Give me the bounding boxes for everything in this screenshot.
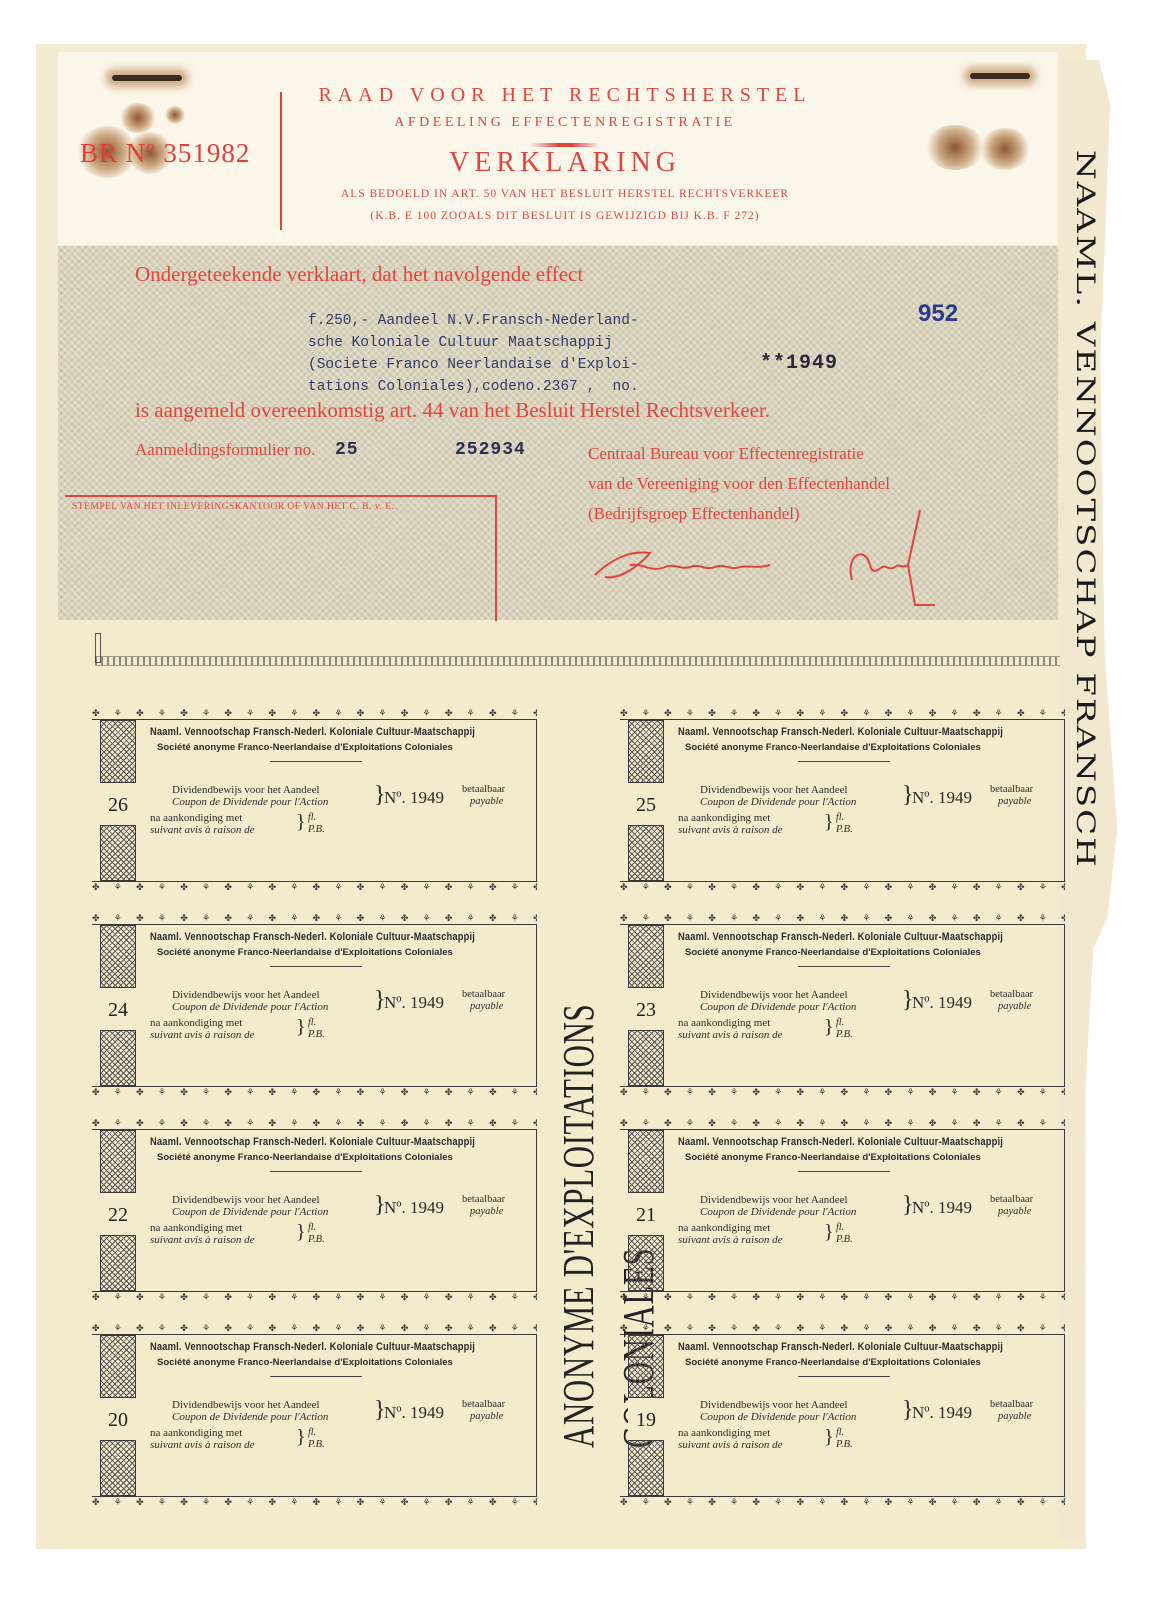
coupon-payable-fr: payable (998, 1411, 1031, 1422)
coupon-pb: P.B. (308, 824, 325, 835)
coupon-share-number: Nº. 1949 (912, 1403, 972, 1423)
coupon-border-bottom: ✤ ⚘ ✤ ⚘ ✤ ⚘ ✤ ⚘ ✤ ⚘ ✤ ⚘ ✤ ⚘ ✤ ⚘ ✤ ⚘ ✤ ⚘ … (92, 881, 537, 893)
coupon-share-number: Nº. 1949 (912, 993, 972, 1013)
stamp-box-label: STEMPEL VAN HET INLEVERINGSKANTOOR OF VA… (72, 502, 394, 512)
coupon-line-nl: Dividendbewijs voor het Aandeel (700, 1399, 848, 1411)
coupon-notice-nl: na aankondiging met (678, 812, 770, 824)
coupon-payable-nl: betaalbaar (990, 1399, 1033, 1410)
declaration-intro: Ondergeteekende verklaart, dat het navol… (135, 262, 583, 287)
coupon-notice-fr: suivant avis à raison de (678, 1234, 783, 1246)
brace-icon: } (296, 811, 306, 834)
coupon-border-bottom: ✤ ⚘ ✤ ⚘ ✤ ⚘ ✤ ⚘ ✤ ⚘ ✤ ⚘ ✤ ⚘ ✤ ⚘ ✤ ⚘ ✤ ⚘ … (92, 1496, 537, 1508)
coupon-notice-fr: suivant avis à raison de (678, 1439, 783, 1451)
coupon-border-top: ✤ ⚘ ✤ ⚘ ✤ ⚘ ✤ ⚘ ✤ ⚘ ✤ ⚘ ✤ ⚘ ✤ ⚘ ✤ ⚘ ✤ ⚘ … (620, 913, 1065, 925)
coupon-border-top: ✤ ⚘ ✤ ⚘ ✤ ⚘ ✤ ⚘ ✤ ⚘ ✤ ⚘ ✤ ⚘ ✤ ⚘ ✤ ⚘ ✤ ⚘ … (92, 1118, 537, 1130)
center-vertical-title: ANONYME D'EXPLOITATIONS COLONIALES (549, 700, 609, 1580)
decorative-border (95, 656, 1060, 666)
coupon-line-nl: Dividendbewijs voor het Aandeel (172, 784, 320, 796)
coupon-rule (270, 1171, 362, 1172)
coupon-rule (798, 966, 890, 967)
blue-stamp-number: 952 (918, 300, 958, 328)
coupon-number: 23 (628, 987, 664, 1031)
document-title: VERKLARING (285, 147, 845, 179)
header-org: RAAD VOOR HET RECHTSHERSTEL (285, 84, 845, 107)
coupon-title: Naaml. Vennootschap Fransch-Nederl. Kolo… (150, 1341, 475, 1353)
coupon-payable-nl: betaalbaar (990, 1194, 1033, 1205)
coupon-payable-nl: betaalbaar (462, 1399, 505, 1410)
coupon-pb: P.B. (836, 1029, 853, 1040)
coupon-pb: P.B. (836, 1439, 853, 1450)
coupon-notice-nl: na aankondiging met (150, 812, 242, 824)
coupon-line-nl: Dividendbewijs voor het Aandeel (172, 989, 320, 1001)
brace-icon: } (824, 1221, 834, 1244)
coupon-payable-fr: payable (470, 1411, 503, 1422)
coupon-currency: fl. (308, 1427, 316, 1438)
coupon-border-right (1064, 1335, 1065, 1496)
form-prefix: 25 (335, 440, 359, 460)
coupon-subtitle: Société anonyme Franco-Neerlandaise d'Ex… (157, 1152, 453, 1163)
coupon-share-number: Nº. 1949 (384, 1198, 444, 1218)
coupon-title: Naaml. Vennootschap Fransch-Nederl. Kolo… (678, 726, 1003, 738)
coupon-rule (270, 1376, 362, 1377)
coupon-border-top: ✤ ⚘ ✤ ⚘ ✤ ⚘ ✤ ⚘ ✤ ⚘ ✤ ⚘ ✤ ⚘ ✤ ⚘ ✤ ⚘ ✤ ⚘ … (620, 1323, 1065, 1335)
coupon-border-top: ✤ ⚘ ✤ ⚘ ✤ ⚘ ✤ ⚘ ✤ ⚘ ✤ ⚘ ✤ ⚘ ✤ ⚘ ✤ ⚘ ✤ ⚘ … (92, 1323, 537, 1335)
bureau-line-2: van de Vereeniging voor den Effectenhand… (588, 474, 890, 494)
rust-stain (925, 125, 985, 170)
coupon-notice-fr: suivant avis à raison de (150, 824, 255, 836)
share-number: **1949 (760, 352, 838, 375)
coupon-subtitle: Société anonyme Franco-Neerlandaise d'Ex… (685, 1152, 981, 1163)
coupon-pb: P.B. (836, 1234, 853, 1245)
coupon-notice-nl: na aankondiging met (678, 1427, 770, 1439)
coupon-border-right (1064, 720, 1065, 881)
header-department: AFDEELING EFFECTENREGISTRATIE (285, 115, 845, 131)
registered-statement: is aangemeld overeenkomstig art. 44 van … (135, 398, 770, 423)
coupon-pb: P.B. (308, 1029, 325, 1040)
coupon-20: ✤ ⚘ ✤ ⚘ ✤ ⚘ ✤ ⚘ ✤ ⚘ ✤ ⚘ ✤ ⚘ ✤ ⚘ ✤ ⚘ ✤ ⚘ … (92, 1323, 537, 1508)
coupon-border-top: ✤ ⚘ ✤ ⚘ ✤ ⚘ ✤ ⚘ ✤ ⚘ ✤ ⚘ ✤ ⚘ ✤ ⚘ ✤ ⚘ ✤ ⚘ … (620, 1118, 1065, 1130)
coupon-currency: fl. (836, 1017, 844, 1028)
typed-line: tations Coloniales),codeno.2367 , no. (308, 376, 639, 398)
coupon-border-right (536, 925, 537, 1086)
form-number: 252934 (455, 440, 526, 460)
coupon-line-nl: Dividendbewijs voor het Aandeel (172, 1194, 320, 1206)
coupon-line-nl: Dividendbewijs voor het Aandeel (172, 1399, 320, 1411)
header-subtitle-2: (K.B. E 100 ZOOALS DIT BESLUIT IS GEWIJZ… (285, 210, 845, 222)
coupon-border-bottom: ✤ ⚘ ✤ ⚘ ✤ ⚘ ✤ ⚘ ✤ ⚘ ✤ ⚘ ✤ ⚘ ✤ ⚘ ✤ ⚘ ✤ ⚘ … (92, 1291, 537, 1303)
coupon-notice-nl: na aankondiging met (150, 1427, 242, 1439)
coupon-rule (798, 1376, 890, 1377)
coupon-21: ✤ ⚘ ✤ ⚘ ✤ ⚘ ✤ ⚘ ✤ ⚘ ✤ ⚘ ✤ ⚘ ✤ ⚘ ✤ ⚘ ✤ ⚘ … (620, 1118, 1065, 1303)
rust-stain (165, 106, 185, 124)
coupon-payable-fr: payable (998, 1001, 1031, 1012)
bureau-line-1: Centraal Bureau voor Effectenregistratie (588, 444, 864, 464)
coupon-pb: P.B. (836, 824, 853, 835)
coupon-notice-nl: na aankondiging met (678, 1222, 770, 1234)
coupon-number: 21 (628, 1192, 664, 1236)
serial-number: BR Nº 351982 (80, 138, 250, 169)
coupon-share-number: Nº. 1949 (384, 1403, 444, 1423)
coupon-border-right (1064, 925, 1065, 1086)
coupon-rule (798, 1171, 890, 1172)
coupon-line-fr: Coupon de Dividende pour l'Action (172, 1206, 328, 1218)
typed-share-description: f.250,- Aandeel N.V.Fransch-Nederland-sc… (308, 310, 639, 398)
coupon-payable-nl: betaalbaar (462, 1194, 505, 1205)
right-strip-text: NAAML. VENNOOTSCHAP FRANSCH (1070, 150, 1100, 1150)
coupon-title: Naaml. Vennootschap Fransch-Nederl. Kolo… (150, 726, 475, 738)
coupon-line-fr: Coupon de Dividende pour l'Action (700, 1411, 856, 1423)
coupon-title: Naaml. Vennootschap Fransch-Nederl. Kolo… (678, 931, 1003, 943)
coupon-rule (798, 761, 890, 762)
brace-icon: } (296, 1221, 306, 1244)
brace-icon: } (824, 811, 834, 834)
coupon-notice-nl: na aankondiging met (678, 1017, 770, 1029)
coupon-notice-fr: suivant avis à raison de (150, 1234, 255, 1246)
signature-icon (590, 505, 990, 615)
coupon-26: ✤ ⚘ ✤ ⚘ ✤ ⚘ ✤ ⚘ ✤ ⚘ ✤ ⚘ ✤ ⚘ ✤ ⚘ ✤ ⚘ ✤ ⚘ … (92, 708, 537, 893)
staple-mark (970, 73, 1030, 79)
coupon-24: ✤ ⚘ ✤ ⚘ ✤ ⚘ ✤ ⚘ ✤ ⚘ ✤ ⚘ ✤ ⚘ ✤ ⚘ ✤ ⚘ ✤ ⚘ … (92, 913, 537, 1098)
coupon-number: 22 (100, 1192, 136, 1236)
coupon-share-number: Nº. 1949 (384, 993, 444, 1013)
coupon-22: ✤ ⚘ ✤ ⚘ ✤ ⚘ ✤ ⚘ ✤ ⚘ ✤ ⚘ ✤ ⚘ ✤ ⚘ ✤ ⚘ ✤ ⚘ … (92, 1118, 537, 1303)
coupon-border-top: ✤ ⚘ ✤ ⚘ ✤ ⚘ ✤ ⚘ ✤ ⚘ ✤ ⚘ ✤ ⚘ ✤ ⚘ ✤ ⚘ ✤ ⚘ … (92, 708, 537, 720)
brace-icon: } (296, 1426, 306, 1449)
coupon-subtitle: Société anonyme Franco-Neerlandaise d'Ex… (157, 742, 453, 753)
serial-value: 351982 (163, 138, 250, 168)
coupon-line-fr: Coupon de Dividende pour l'Action (172, 796, 328, 808)
coupon-notice-nl: na aankondiging met (150, 1222, 242, 1234)
coupon-line-nl: Dividendbewijs voor het Aandeel (700, 989, 848, 1001)
coupon-subtitle: Société anonyme Franco-Neerlandaise d'Ex… (685, 947, 981, 958)
rust-stain (120, 103, 156, 133)
coupon-border-bottom: ✤ ⚘ ✤ ⚘ ✤ ⚘ ✤ ⚘ ✤ ⚘ ✤ ⚘ ✤ ⚘ ✤ ⚘ ✤ ⚘ ✤ ⚘ … (92, 1086, 537, 1098)
brace-icon: } (824, 1016, 834, 1039)
coupon-payable-fr: payable (998, 796, 1031, 807)
coupon-title: Naaml. Vennootschap Fransch-Nederl. Kolo… (678, 1136, 1003, 1148)
typed-line: sche Koloniale Cultuur Maatschappij (308, 332, 639, 354)
serial-prefix: BR Nº (80, 138, 156, 168)
coupon-payable-fr: payable (470, 1001, 503, 1012)
coupon-payable-nl: betaalbaar (990, 989, 1033, 1000)
coupon-border-right (1064, 1130, 1065, 1291)
coupon-line-fr: Coupon de Dividende pour l'Action (172, 1411, 328, 1423)
coupon-border-top: ✤ ⚘ ✤ ⚘ ✤ ⚘ ✤ ⚘ ✤ ⚘ ✤ ⚘ ✤ ⚘ ✤ ⚘ ✤ ⚘ ✤ ⚘ … (620, 708, 1065, 720)
coupon-border-right (536, 720, 537, 881)
coupon-share-number: Nº. 1949 (384, 788, 444, 808)
coupon-currency: fl. (836, 1222, 844, 1233)
form-label: Aanmeldingsformulier no. (135, 440, 315, 460)
coupon-notice-fr: suivant avis à raison de (150, 1029, 255, 1041)
stamp-box (65, 495, 497, 625)
coupon-currency: fl. (308, 1222, 316, 1233)
coupon-title: Naaml. Vennootschap Fransch-Nederl. Kolo… (150, 1136, 475, 1148)
coupon-currency: fl. (836, 1427, 844, 1438)
rust-stain (980, 128, 1030, 170)
coupon-pb: P.B. (308, 1234, 325, 1245)
coupon-subtitle: Société anonyme Franco-Neerlandaise d'Ex… (685, 742, 981, 753)
coupon-payable-fr: payable (998, 1206, 1031, 1217)
coupon-title: Naaml. Vennootschap Fransch-Nederl. Kolo… (678, 1341, 1003, 1353)
typed-line: (Societe Franco Neerlandaise d'Exploi- (308, 354, 639, 376)
coupon-currency: fl. (308, 1017, 316, 1028)
coupon-border-right (536, 1130, 537, 1291)
coupon-border-bottom: ✤ ⚘ ✤ ⚘ ✤ ⚘ ✤ ⚘ ✤ ⚘ ✤ ⚘ ✤ ⚘ ✤ ⚘ ✤ ⚘ ✤ ⚘ … (620, 1291, 1065, 1303)
coupon-line-fr: Coupon de Dividende pour l'Action (700, 1001, 856, 1013)
coupon-line-fr: Coupon de Dividende pour l'Action (700, 1206, 856, 1218)
coupon-border-bottom: ✤ ⚘ ✤ ⚘ ✤ ⚘ ✤ ⚘ ✤ ⚘ ✤ ⚘ ✤ ⚘ ✤ ⚘ ✤ ⚘ ✤ ⚘ … (620, 1086, 1065, 1098)
coupon-border-bottom: ✤ ⚘ ✤ ⚘ ✤ ⚘ ✤ ⚘ ✤ ⚘ ✤ ⚘ ✤ ⚘ ✤ ⚘ ✤ ⚘ ✤ ⚘ … (620, 1496, 1065, 1508)
coupon-payable-nl: betaalbaar (462, 989, 505, 1000)
coupon-payable-nl: betaalbaar (990, 784, 1033, 795)
coupon-25: ✤ ⚘ ✤ ⚘ ✤ ⚘ ✤ ⚘ ✤ ⚘ ✤ ⚘ ✤ ⚘ ✤ ⚘ ✤ ⚘ ✤ ⚘ … (620, 708, 1065, 893)
coupon-payable-fr: payable (470, 1206, 503, 1217)
coupon-rule (270, 761, 362, 762)
brace-icon: } (296, 1016, 306, 1039)
coupon-notice-nl: na aankondiging met (150, 1017, 242, 1029)
coupon-payable-fr: payable (470, 796, 503, 807)
coupon-pb: P.B. (308, 1439, 325, 1450)
coupon-notice-fr: suivant avis à raison de (678, 1029, 783, 1041)
coupon-share-number: Nº. 1949 (912, 788, 972, 808)
header-divider (280, 92, 282, 230)
coupon-number: 24 (100, 987, 136, 1031)
coupon-subtitle: Société anonyme Franco-Neerlandaise d'Ex… (157, 947, 453, 958)
coupon-line-fr: Coupon de Dividende pour l'Action (172, 1001, 328, 1013)
coupon-number: 26 (100, 782, 136, 826)
coupon-rule (270, 966, 362, 967)
coupon-line-nl: Dividendbewijs voor het Aandeel (700, 1194, 848, 1206)
typed-line: f.250,- Aandeel N.V.Fransch-Nederland- (308, 310, 639, 332)
coupon-border-right (536, 1335, 537, 1496)
coupon-number: 19 (628, 1397, 664, 1441)
coupon-payable-nl: betaalbaar (462, 784, 505, 795)
coupon-share-number: Nº. 1949 (912, 1198, 972, 1218)
coupon-number: 20 (100, 1397, 136, 1441)
coupon-notice-fr: suivant avis à raison de (678, 824, 783, 836)
header-subtitle: ALS BEDOELD IN ART. 50 VAN HET BESLUIT H… (285, 188, 845, 200)
coupon-border-bottom: ✤ ⚘ ✤ ⚘ ✤ ⚘ ✤ ⚘ ✤ ⚘ ✤ ⚘ ✤ ⚘ ✤ ⚘ ✤ ⚘ ✤ ⚘ … (620, 881, 1065, 893)
coupon-subtitle: Société anonyme Franco-Neerlandaise d'Ex… (685, 1357, 981, 1368)
coupon-subtitle: Société anonyme Franco-Neerlandaise d'Ex… (157, 1357, 453, 1368)
coupon-19: ✤ ⚘ ✤ ⚘ ✤ ⚘ ✤ ⚘ ✤ ⚘ ✤ ⚘ ✤ ⚘ ✤ ⚘ ✤ ⚘ ✤ ⚘ … (620, 1323, 1065, 1508)
coupon-number: 25 (628, 782, 664, 826)
coupon-border-top: ✤ ⚘ ✤ ⚘ ✤ ⚘ ✤ ⚘ ✤ ⚘ ✤ ⚘ ✤ ⚘ ✤ ⚘ ✤ ⚘ ✤ ⚘ … (92, 913, 537, 925)
brace-icon: } (824, 1426, 834, 1449)
coupon-line-fr: Coupon de Dividende pour l'Action (700, 796, 856, 808)
coupon-currency: fl. (308, 812, 316, 823)
coupon-currency: fl. (836, 812, 844, 823)
coupon-line-nl: Dividendbewijs voor het Aandeel (700, 784, 848, 796)
coupon-title: Naaml. Vennootschap Fransch-Nederl. Kolo… (150, 931, 475, 943)
staple-mark (112, 75, 182, 81)
coupon-23: ✤ ⚘ ✤ ⚘ ✤ ⚘ ✤ ⚘ ✤ ⚘ ✤ ⚘ ✤ ⚘ ✤ ⚘ ✤ ⚘ ✤ ⚘ … (620, 913, 1065, 1098)
coupon-notice-fr: suivant avis à raison de (150, 1439, 255, 1451)
